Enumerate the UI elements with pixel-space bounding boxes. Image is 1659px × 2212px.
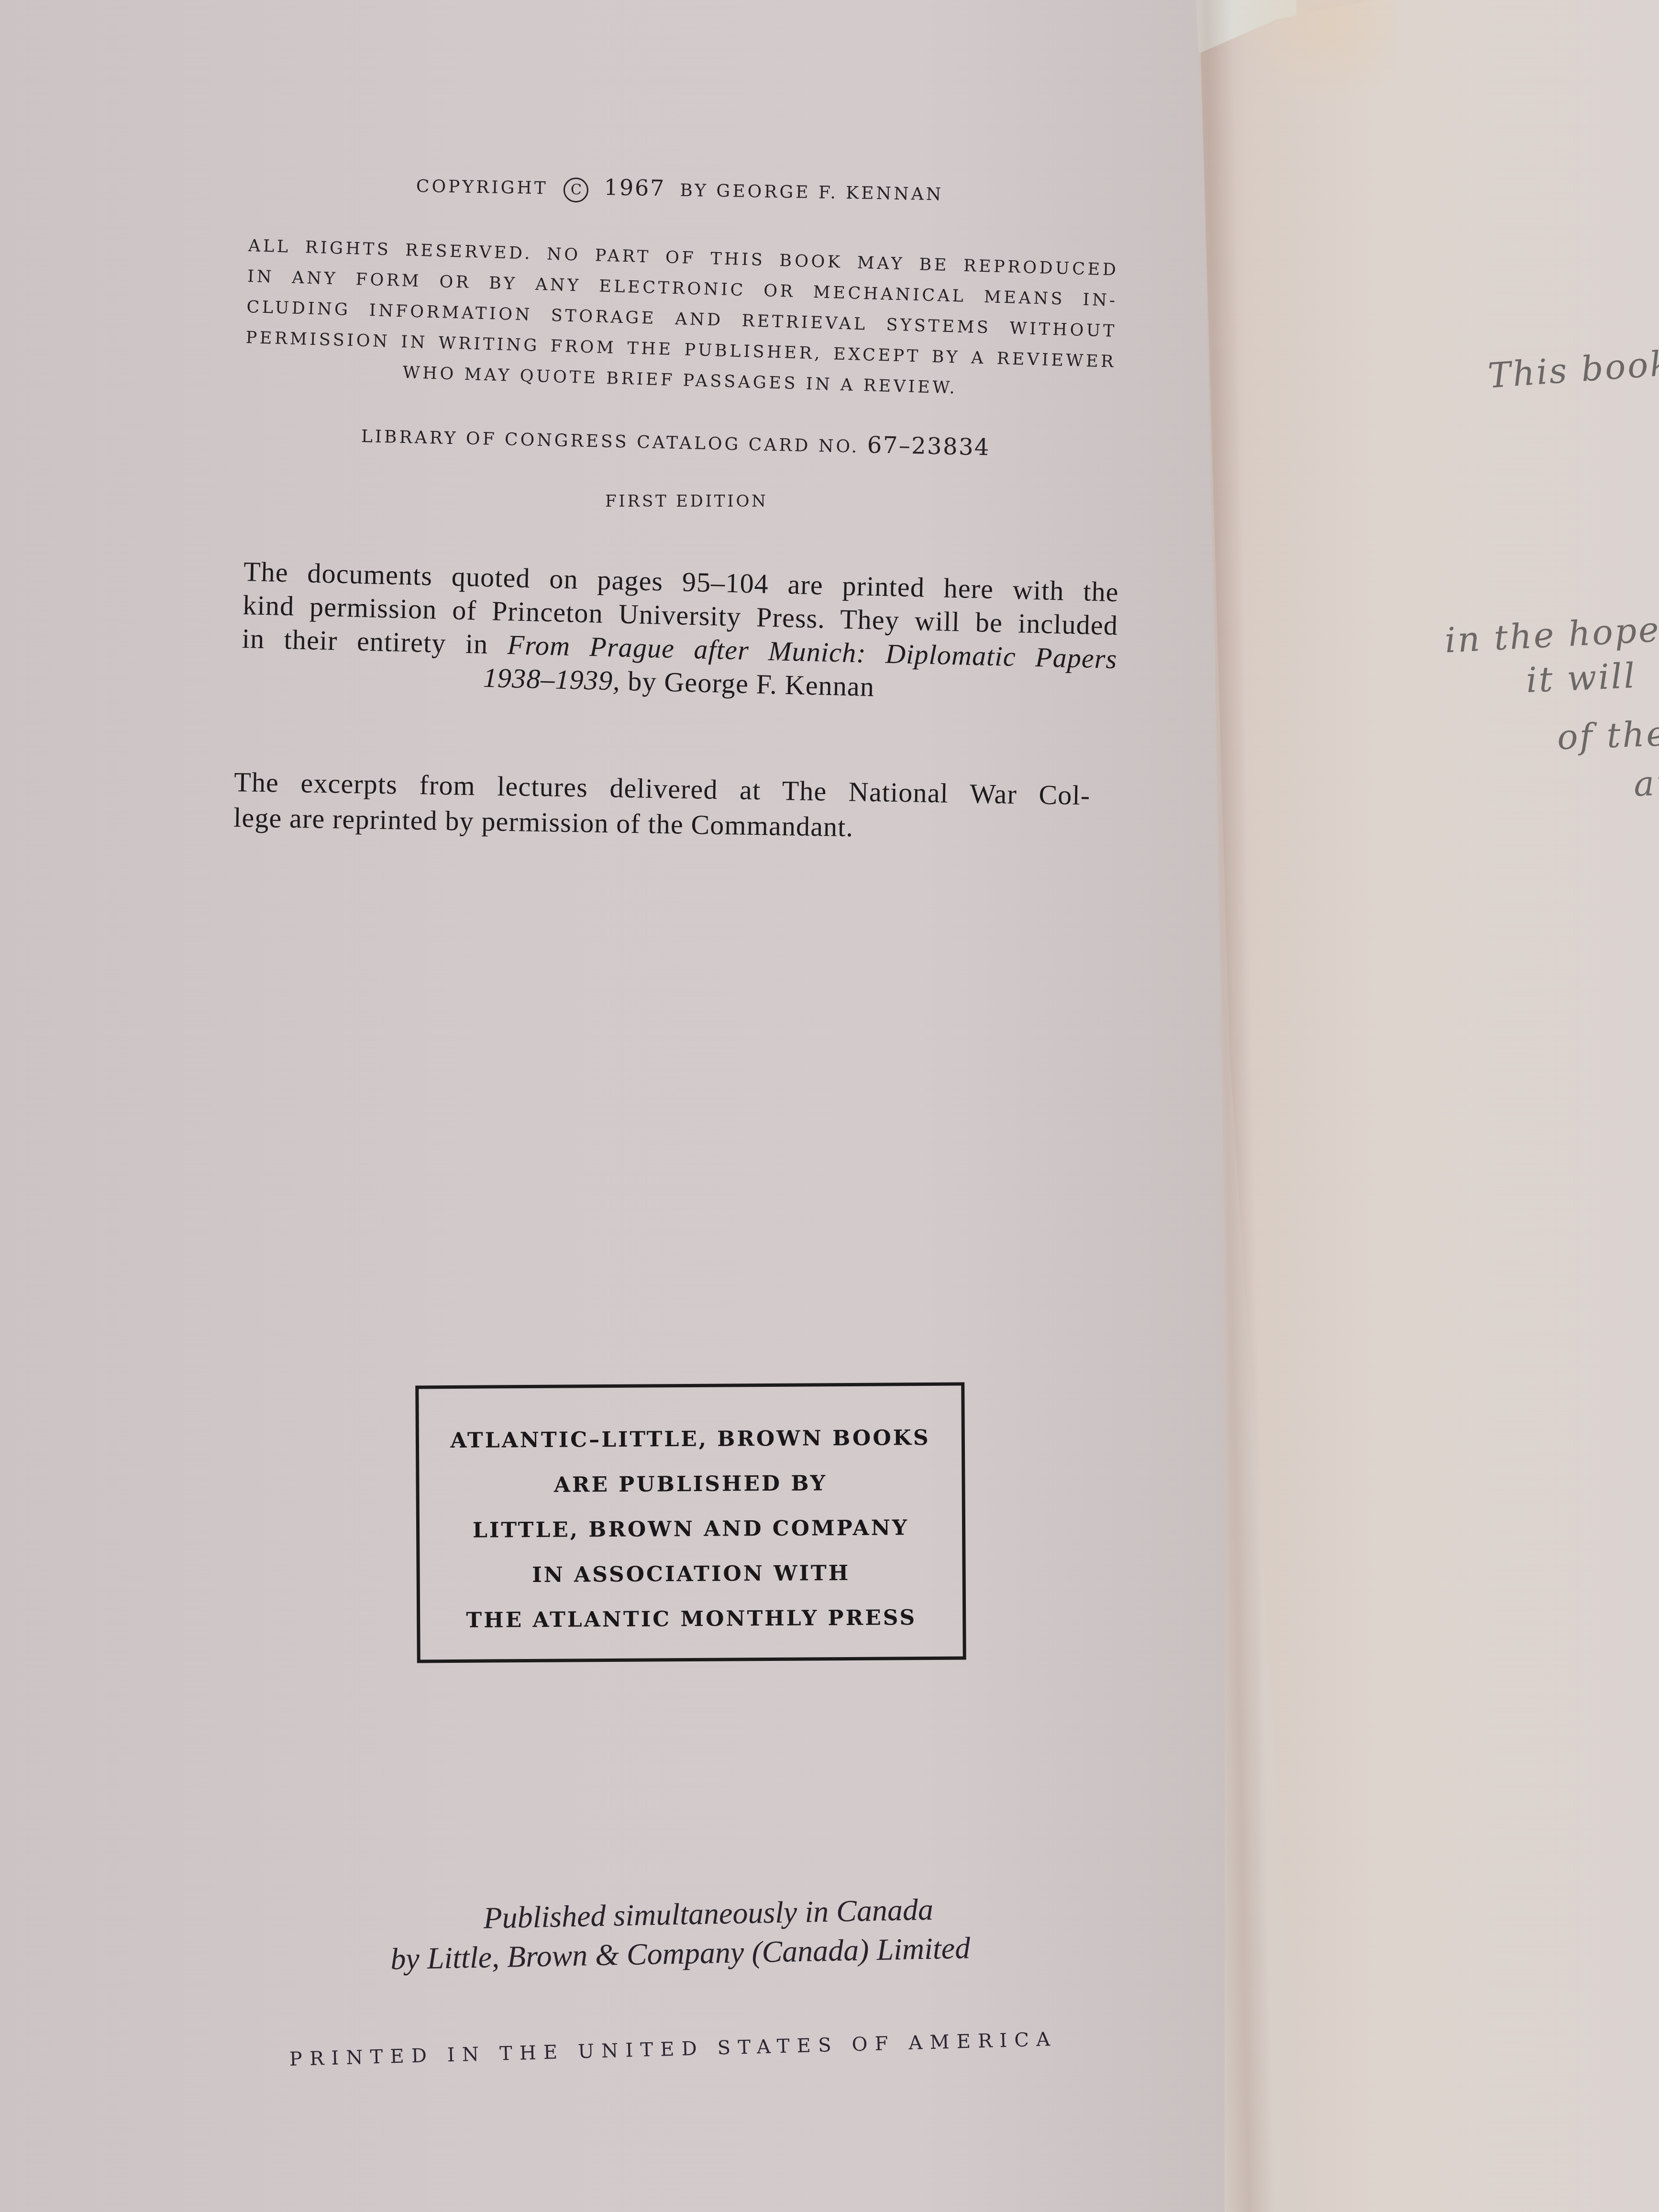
dedication-line: it will [1525, 655, 1637, 700]
dedication-line: in the hope [1444, 609, 1659, 660]
dedication-line: This book [1487, 343, 1659, 396]
dedication-text: This book in the hope it will of the an [0, 0, 1659, 2212]
dedication-line: of the [1557, 713, 1659, 757]
dedication-line: an [1633, 762, 1659, 804]
